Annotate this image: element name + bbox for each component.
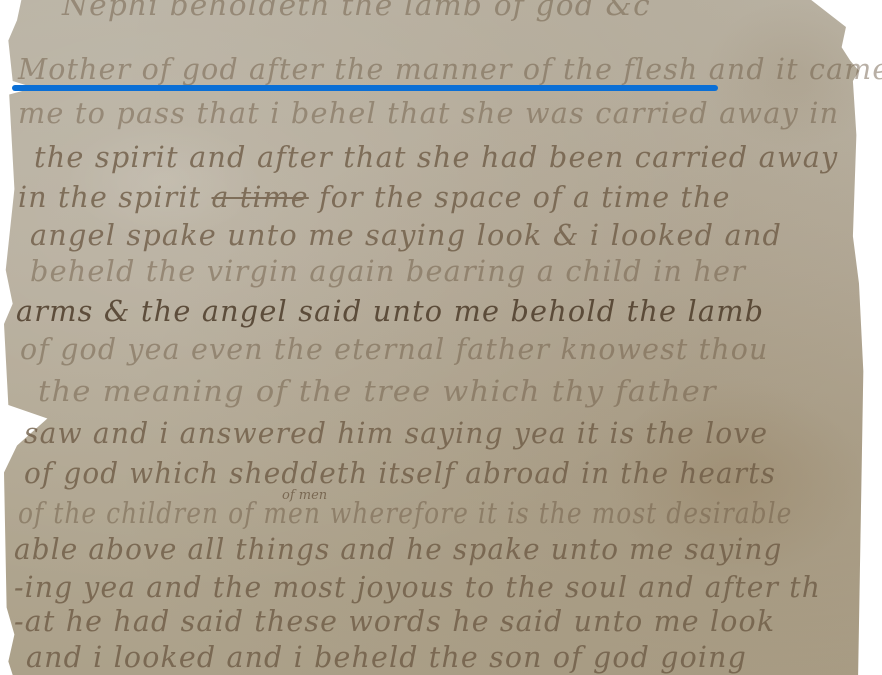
manuscript-line: in the spirit a time for the space of a … — [18, 180, 731, 214]
line-text: in the spirit — [18, 180, 211, 214]
manuscript-line: of god yea even the eternal father knowe… — [20, 332, 769, 366]
manuscript-line: of the children of men wherefore it is t… — [18, 496, 792, 530]
struck-text: a time — [211, 180, 308, 214]
manuscript-page: Nephi beholdeth the lamb of god &c Mothe… — [0, 0, 882, 675]
manuscript-line: beheld the virgin again bearing a child … — [30, 254, 746, 288]
manuscript-line: arms & the angel said unto me behold the… — [16, 294, 764, 328]
manuscript-line: the meaning of the tree which thy father — [38, 374, 717, 408]
manuscript-line: the spirit and after that she had been c… — [34, 140, 838, 174]
manuscript-line: and i looked and i beheld the son of god… — [26, 640, 747, 674]
manuscript-line: -ing yea and the most joyous to the soul… — [14, 570, 821, 604]
line-text: for the space of a time the — [309, 180, 731, 214]
handwritten-text-block: Nephi beholdeth the lamb of god &c Mothe… — [14, 0, 876, 675]
manuscript-line: able above all things and he spake unto … — [14, 532, 783, 566]
manuscript-line: angel spake unto me saying look & i look… — [30, 218, 782, 252]
manuscript-line: saw and i answered him saying yea it is … — [24, 416, 768, 450]
manuscript-line: me to pass that i behel that she was car… — [18, 96, 839, 130]
manuscript-line: -at he had said these words he said unto… — [14, 604, 775, 638]
manuscript-line: Nephi beholdeth the lamb of god &c — [62, 0, 651, 22]
manuscript-line: Mother of god after the manner of the fl… — [18, 52, 882, 86]
manuscript-line: of god which sheddeth itself abroad in t… — [24, 456, 776, 490]
text-highlight-underline[interactable] — [12, 85, 718, 91]
